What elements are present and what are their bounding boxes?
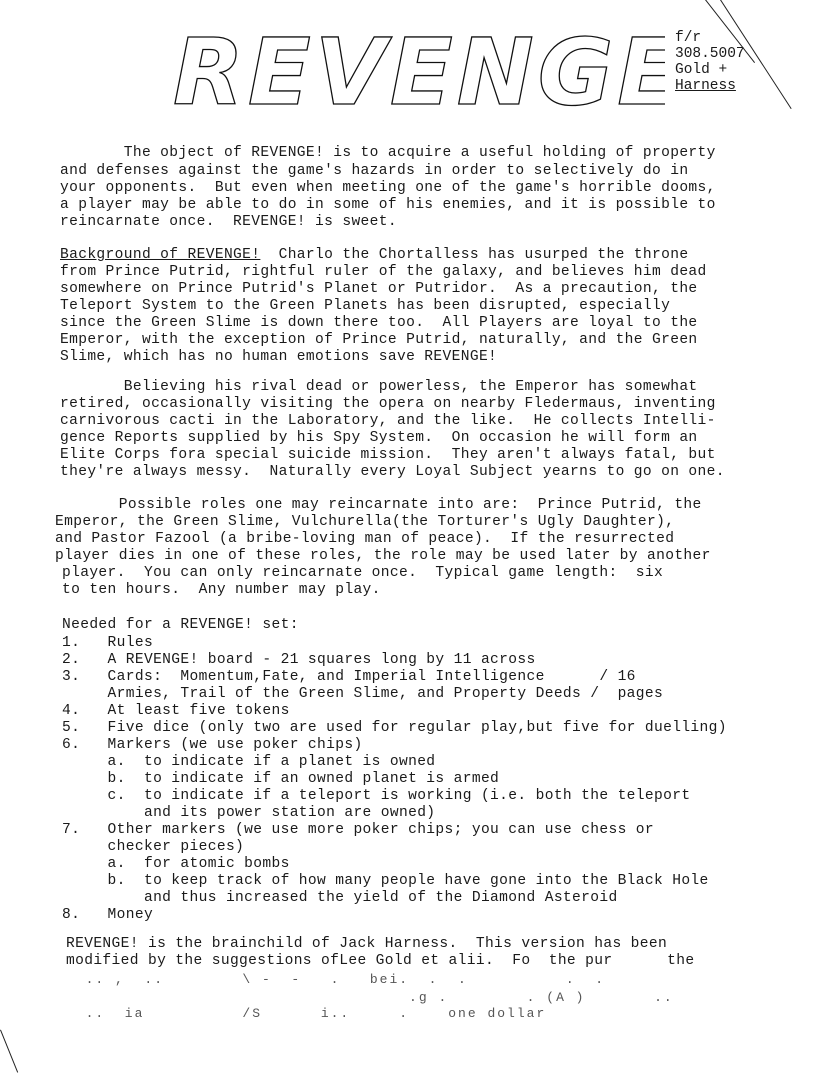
needed-item: Armies, Trail of the Green Slime, and Pr… [62, 686, 663, 702]
ref-line-1: f/r [675, 30, 701, 46]
needed-item: b. to keep track of how many people have… [62, 873, 709, 889]
needed-item: b. to indicate if an owned planet is arm… [62, 771, 499, 787]
roles-line: Emperor, the Green Slime, Vulchurella(th… [55, 514, 674, 530]
reference-block: f/r 308.5007 Gold + Harness [675, 30, 745, 94]
intro-line: reincarnate once. REVENGE! is sweet. [60, 214, 397, 230]
intro-line: and defenses against the game's hazards … [60, 163, 688, 179]
emperor-line: Believing his rival dead or powerless, t… [60, 379, 698, 395]
document-page: REVENGE! f/r 308.5007 Gold + Harness The… [0, 0, 826, 1076]
background-line: Emperor, with the exception of Prince Pu… [60, 332, 698, 348]
background-line: somewhere on Prince Putrid's Planet or P… [60, 281, 698, 297]
roles-line: to ten hours. Any number may play. [62, 582, 381, 598]
emperor-line: they're always messy. Naturally every Lo… [60, 464, 725, 480]
intro-line: The object of REVENGE! is to acquire a u… [60, 145, 716, 161]
background-first-line: Background of REVENGE! Charlo the Chorta… [60, 247, 688, 263]
background-line: Slime, which has no human emotions save … [60, 349, 497, 365]
needed-item: 8. Money [62, 907, 153, 923]
needed-item: and thus increased the yield of the Diam… [62, 890, 618, 906]
background-line: from Prince Putrid, rightful ruler of th… [60, 264, 707, 280]
needed-item: 3. Cards: Momentum,Fate, and Imperial In… [62, 669, 636, 685]
emperor-line: carnivorous cacti in the Laboratory, and… [60, 413, 716, 429]
needed-item: and its power station are owned) [62, 805, 435, 821]
roles-line: and Pastor Fazool (a bribe-loving man of… [55, 531, 674, 547]
needed-item: a. to indicate if a planet is owned [62, 754, 435, 770]
background-line: Teleport System to the Green Planets has… [60, 298, 670, 314]
needed-item: 5. Five dice (only two are used for regu… [62, 720, 727, 736]
roles-line: player. You can only reincarnate once. T… [62, 565, 663, 581]
background-heading: Background of REVENGE! [60, 247, 260, 263]
credits-line: modified by the suggestions ofLee Gold e… [66, 953, 694, 969]
needed-item: 1. Rules [62, 635, 153, 651]
intro-line: a player may be able to do in some of hi… [60, 197, 716, 213]
needed-item: 4. At least five tokens [62, 703, 290, 719]
needed-heading: Needed for a REVENGE! set: [62, 617, 299, 633]
needed-item: checker pieces) [62, 839, 244, 855]
intro-line: your opponents. But even when meeting on… [60, 180, 716, 196]
scan-scratch [0, 1030, 18, 1073]
ref-line-4: Harness [675, 78, 736, 94]
title-text: REVENGE! [173, 22, 665, 117]
emperor-line: gence Reports supplied by his Spy System… [60, 430, 698, 446]
revenge-title-logo: REVENGE! [165, 22, 665, 117]
needed-item: 6. Markers (we use poker chips) [62, 737, 363, 753]
roles-line: Possible roles one may reincarnate into … [55, 497, 702, 513]
faded-line: .. ia /S i.. . one dollar [66, 1006, 546, 1021]
emperor-line: retired, occasionally visiting the opera… [60, 396, 716, 412]
ref-line-3: Gold + [675, 62, 727, 78]
ref-line-2: 308.5007 [675, 46, 745, 62]
needed-item: 7. Other markers (we use more poker chip… [62, 822, 654, 838]
faded-line: .g . . (A ) .. [66, 990, 674, 1005]
faded-line: .. , .. \ - - . bei. . . . . [66, 972, 605, 987]
roles-line: player dies in one of these roles, the r… [55, 548, 711, 564]
needed-item: 2. A REVENGE! board - 21 squares long by… [62, 652, 536, 668]
needed-item: a. for atomic bombs [62, 856, 290, 872]
needed-item: c. to indicate if a teleport is working … [62, 788, 690, 804]
credits-line: REVENGE! is the brainchild of Jack Harne… [66, 936, 667, 952]
emperor-line: Elite Corps fora special suicide mission… [60, 447, 716, 463]
background-line: since the Green Slime is down there too.… [60, 315, 698, 331]
